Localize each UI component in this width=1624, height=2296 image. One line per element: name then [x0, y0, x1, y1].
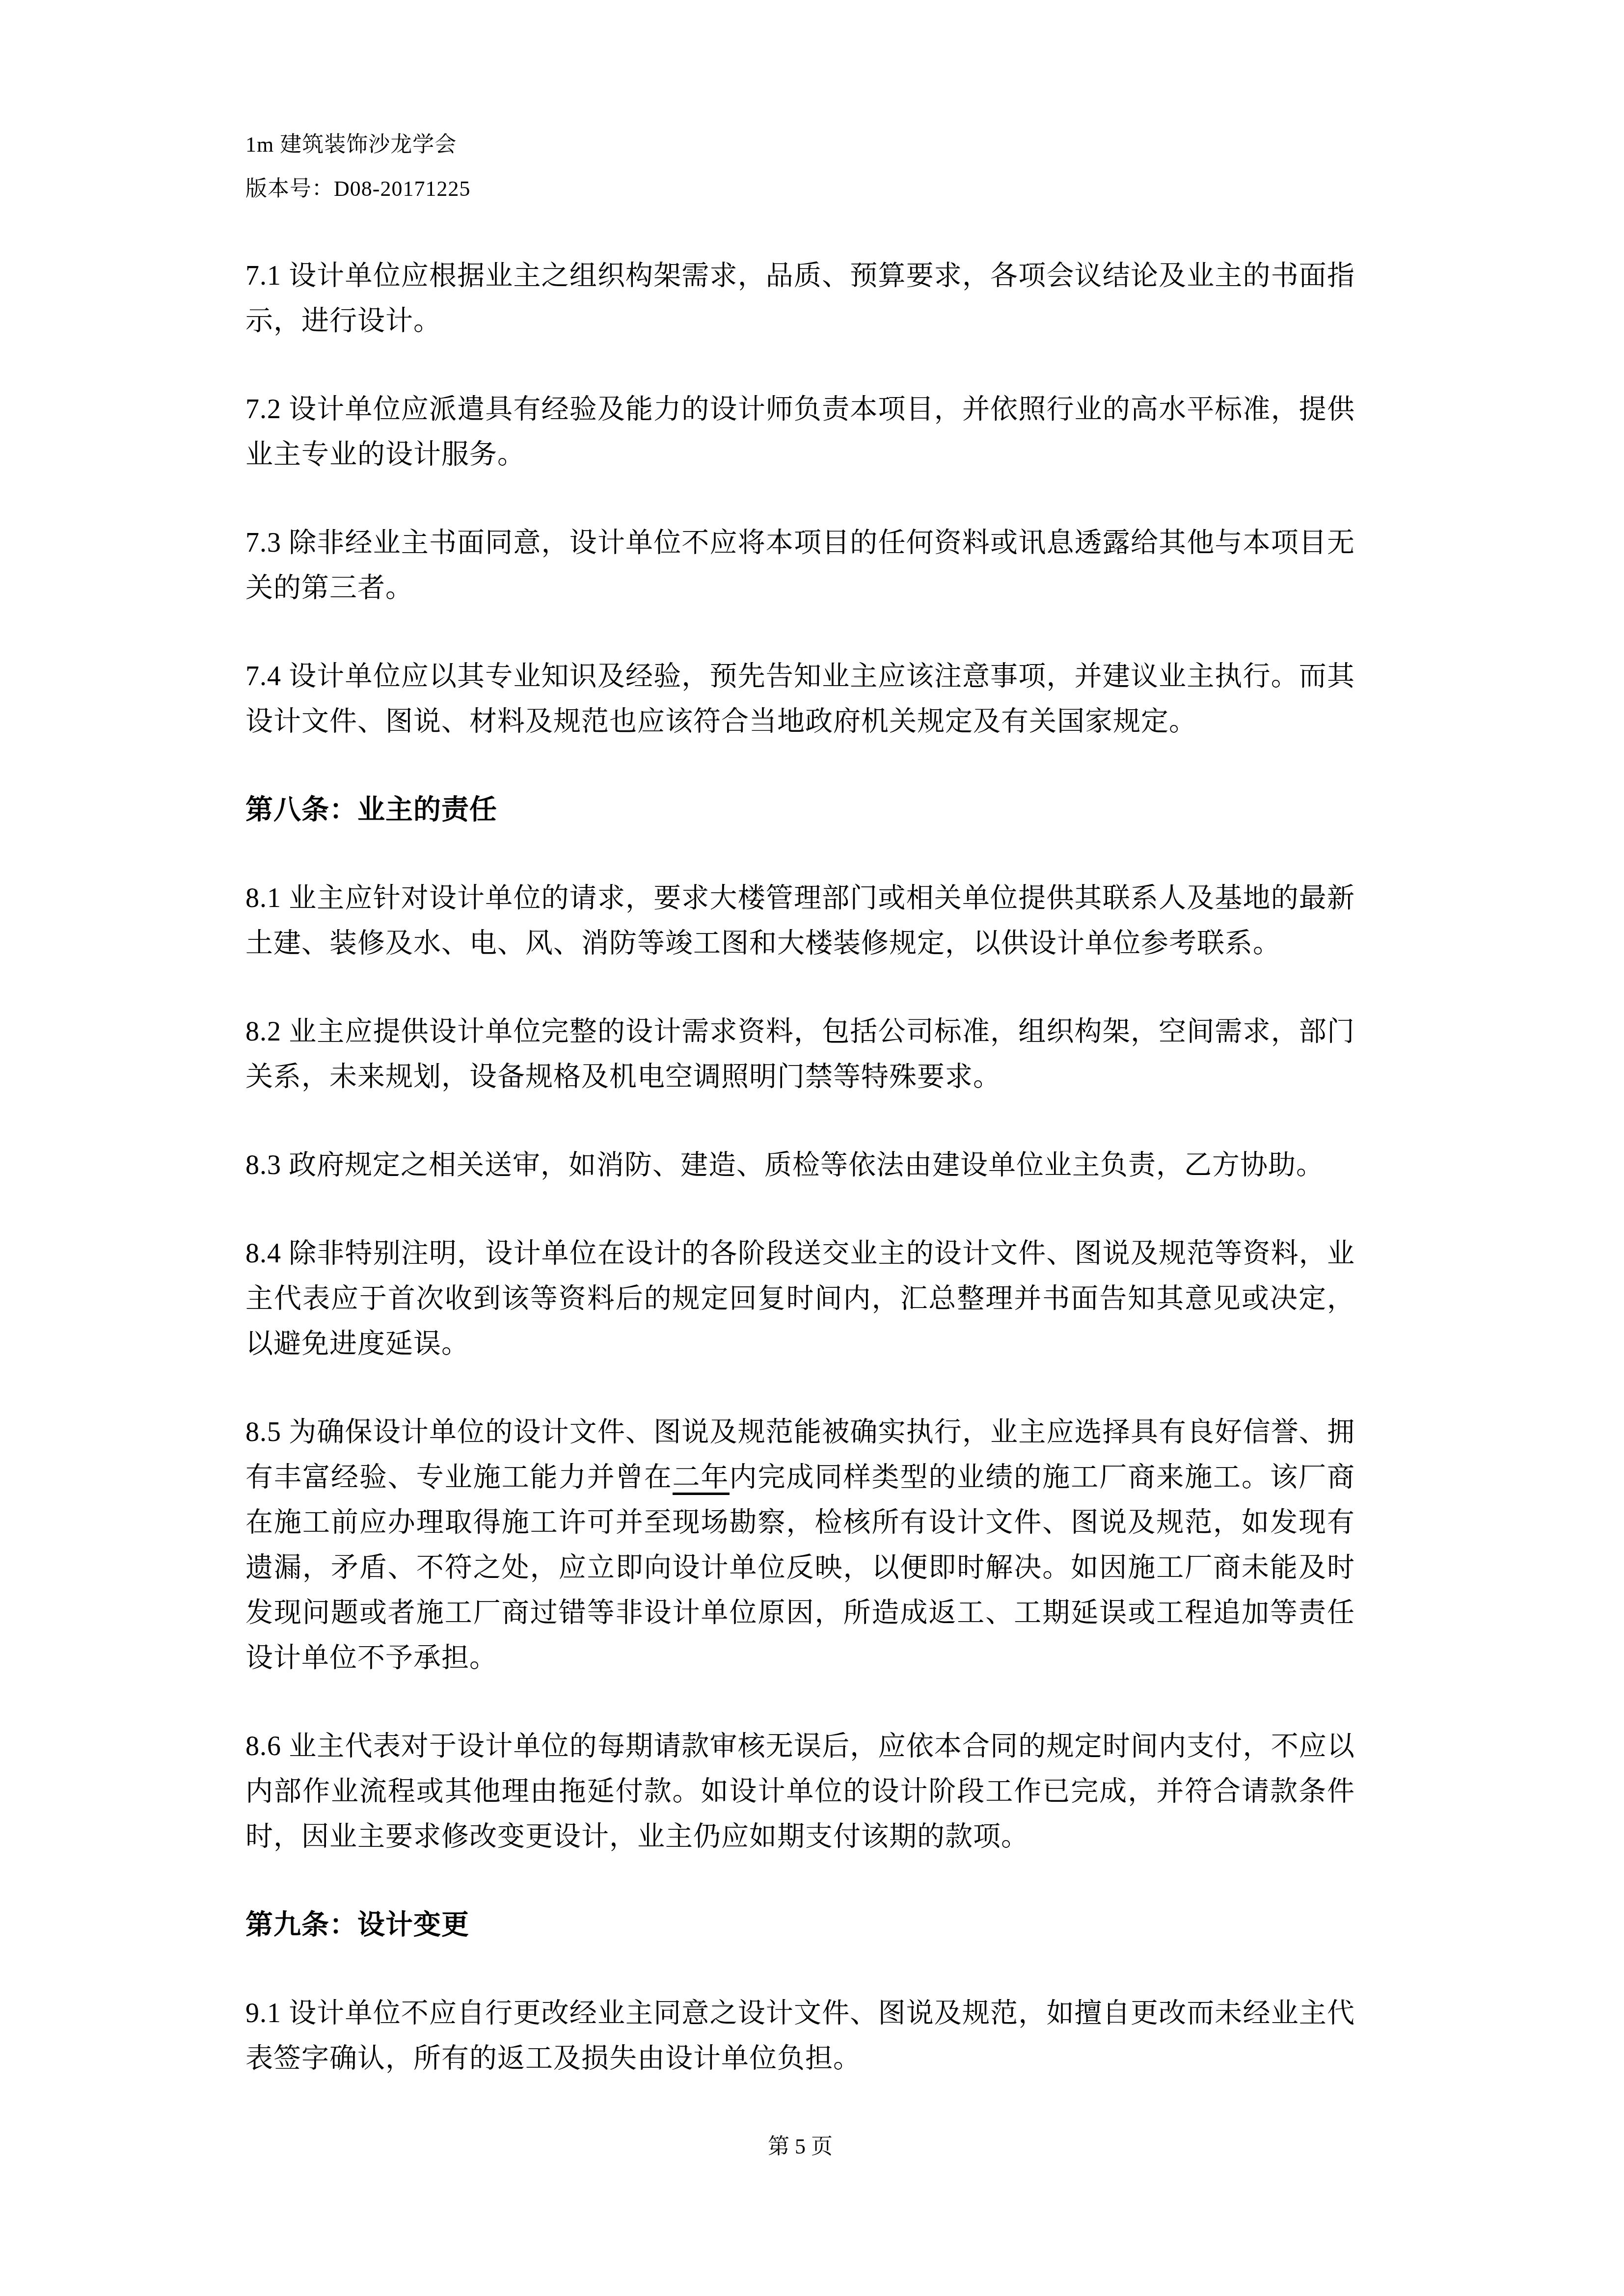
document-header: 1m 建筑装饰沙龙学会 版本号：D08-20171225 — [245, 123, 1355, 211]
clause-9-1: 9.1 设计单位不应自行更改经业主同意之设计文件、图说及规范，如擅自更改而未经业… — [245, 1991, 1355, 2081]
clause-7-1: 7.1 设计单位应根据业主之组织构架需求，品质、预算要求，各项会议结论及业主的书… — [245, 253, 1355, 344]
header-version-line: 版本号：D08-20171225 — [245, 167, 1355, 211]
clause-8-5-post: 内完成同样类型的业绩的施工厂商来施工。该厂商在施工前应办理取得施工许可并至现场勘… — [245, 1462, 1355, 1673]
section-heading-9: 第九条：设计变更 — [245, 1902, 1355, 1948]
document-page: 1m 建筑装饰沙龙学会 版本号：D08-20171225 7.1 设计单位应根据… — [0, 0, 1624, 2296]
clause-8-1: 8.1 业主应针对设计单位的请求，要求大楼管理部门或相关单位提供其联系人及基地的… — [245, 876, 1355, 966]
clause-7-3: 7.3 除非经业主书面同意，设计单位不应将本项目的任何资料或讯息透露给其他与本项… — [245, 520, 1355, 611]
page-number: 第 5 页 — [245, 2124, 1355, 2169]
clause-8-3: 8.3 政府规定之相关送审，如消防、建造、质检等依法由建设单位业主负责，乙方协助… — [245, 1143, 1355, 1188]
clause-8-4: 8.4 除非特别注明，设计单位在设计的各阶段送交业主的设计文件、图说及规范等资料… — [245, 1231, 1355, 1366]
clause-8-2: 8.2 业主应提供设计单位完整的设计需求资料，包括公司标准，组织构架，空间需求，… — [245, 1009, 1355, 1099]
underlined-term-two-years: 二年 — [673, 1462, 730, 1495]
section-heading-8: 第八条：业主的责任 — [245, 787, 1355, 832]
clause-7-2: 7.2 设计单位应派遣具有经验及能力的设计师负责本项目，并依照行业的高水平标准，… — [245, 387, 1355, 477]
clause-8-6: 8.6 业主代表对于设计单位的每期请款审核无误后，应依本合同的规定时间内支付，不… — [245, 1724, 1355, 1859]
document-body: 7.1 设计单位应根据业主之组织构架需求，品质、预算要求，各项会议结论及业主的书… — [245, 253, 1355, 2081]
header-org-line: 1m 建筑装饰沙龙学会 — [245, 123, 1355, 167]
clause-8-5: 8.5 为确保设计单位的设计文件、图说及规范能被确实执行，业主应选择具有良好信誉… — [245, 1410, 1355, 1681]
clause-7-4: 7.4 设计单位应以其专业知识及经验，预先告知业主应该注意事项，并建议业主执行。… — [245, 654, 1355, 744]
